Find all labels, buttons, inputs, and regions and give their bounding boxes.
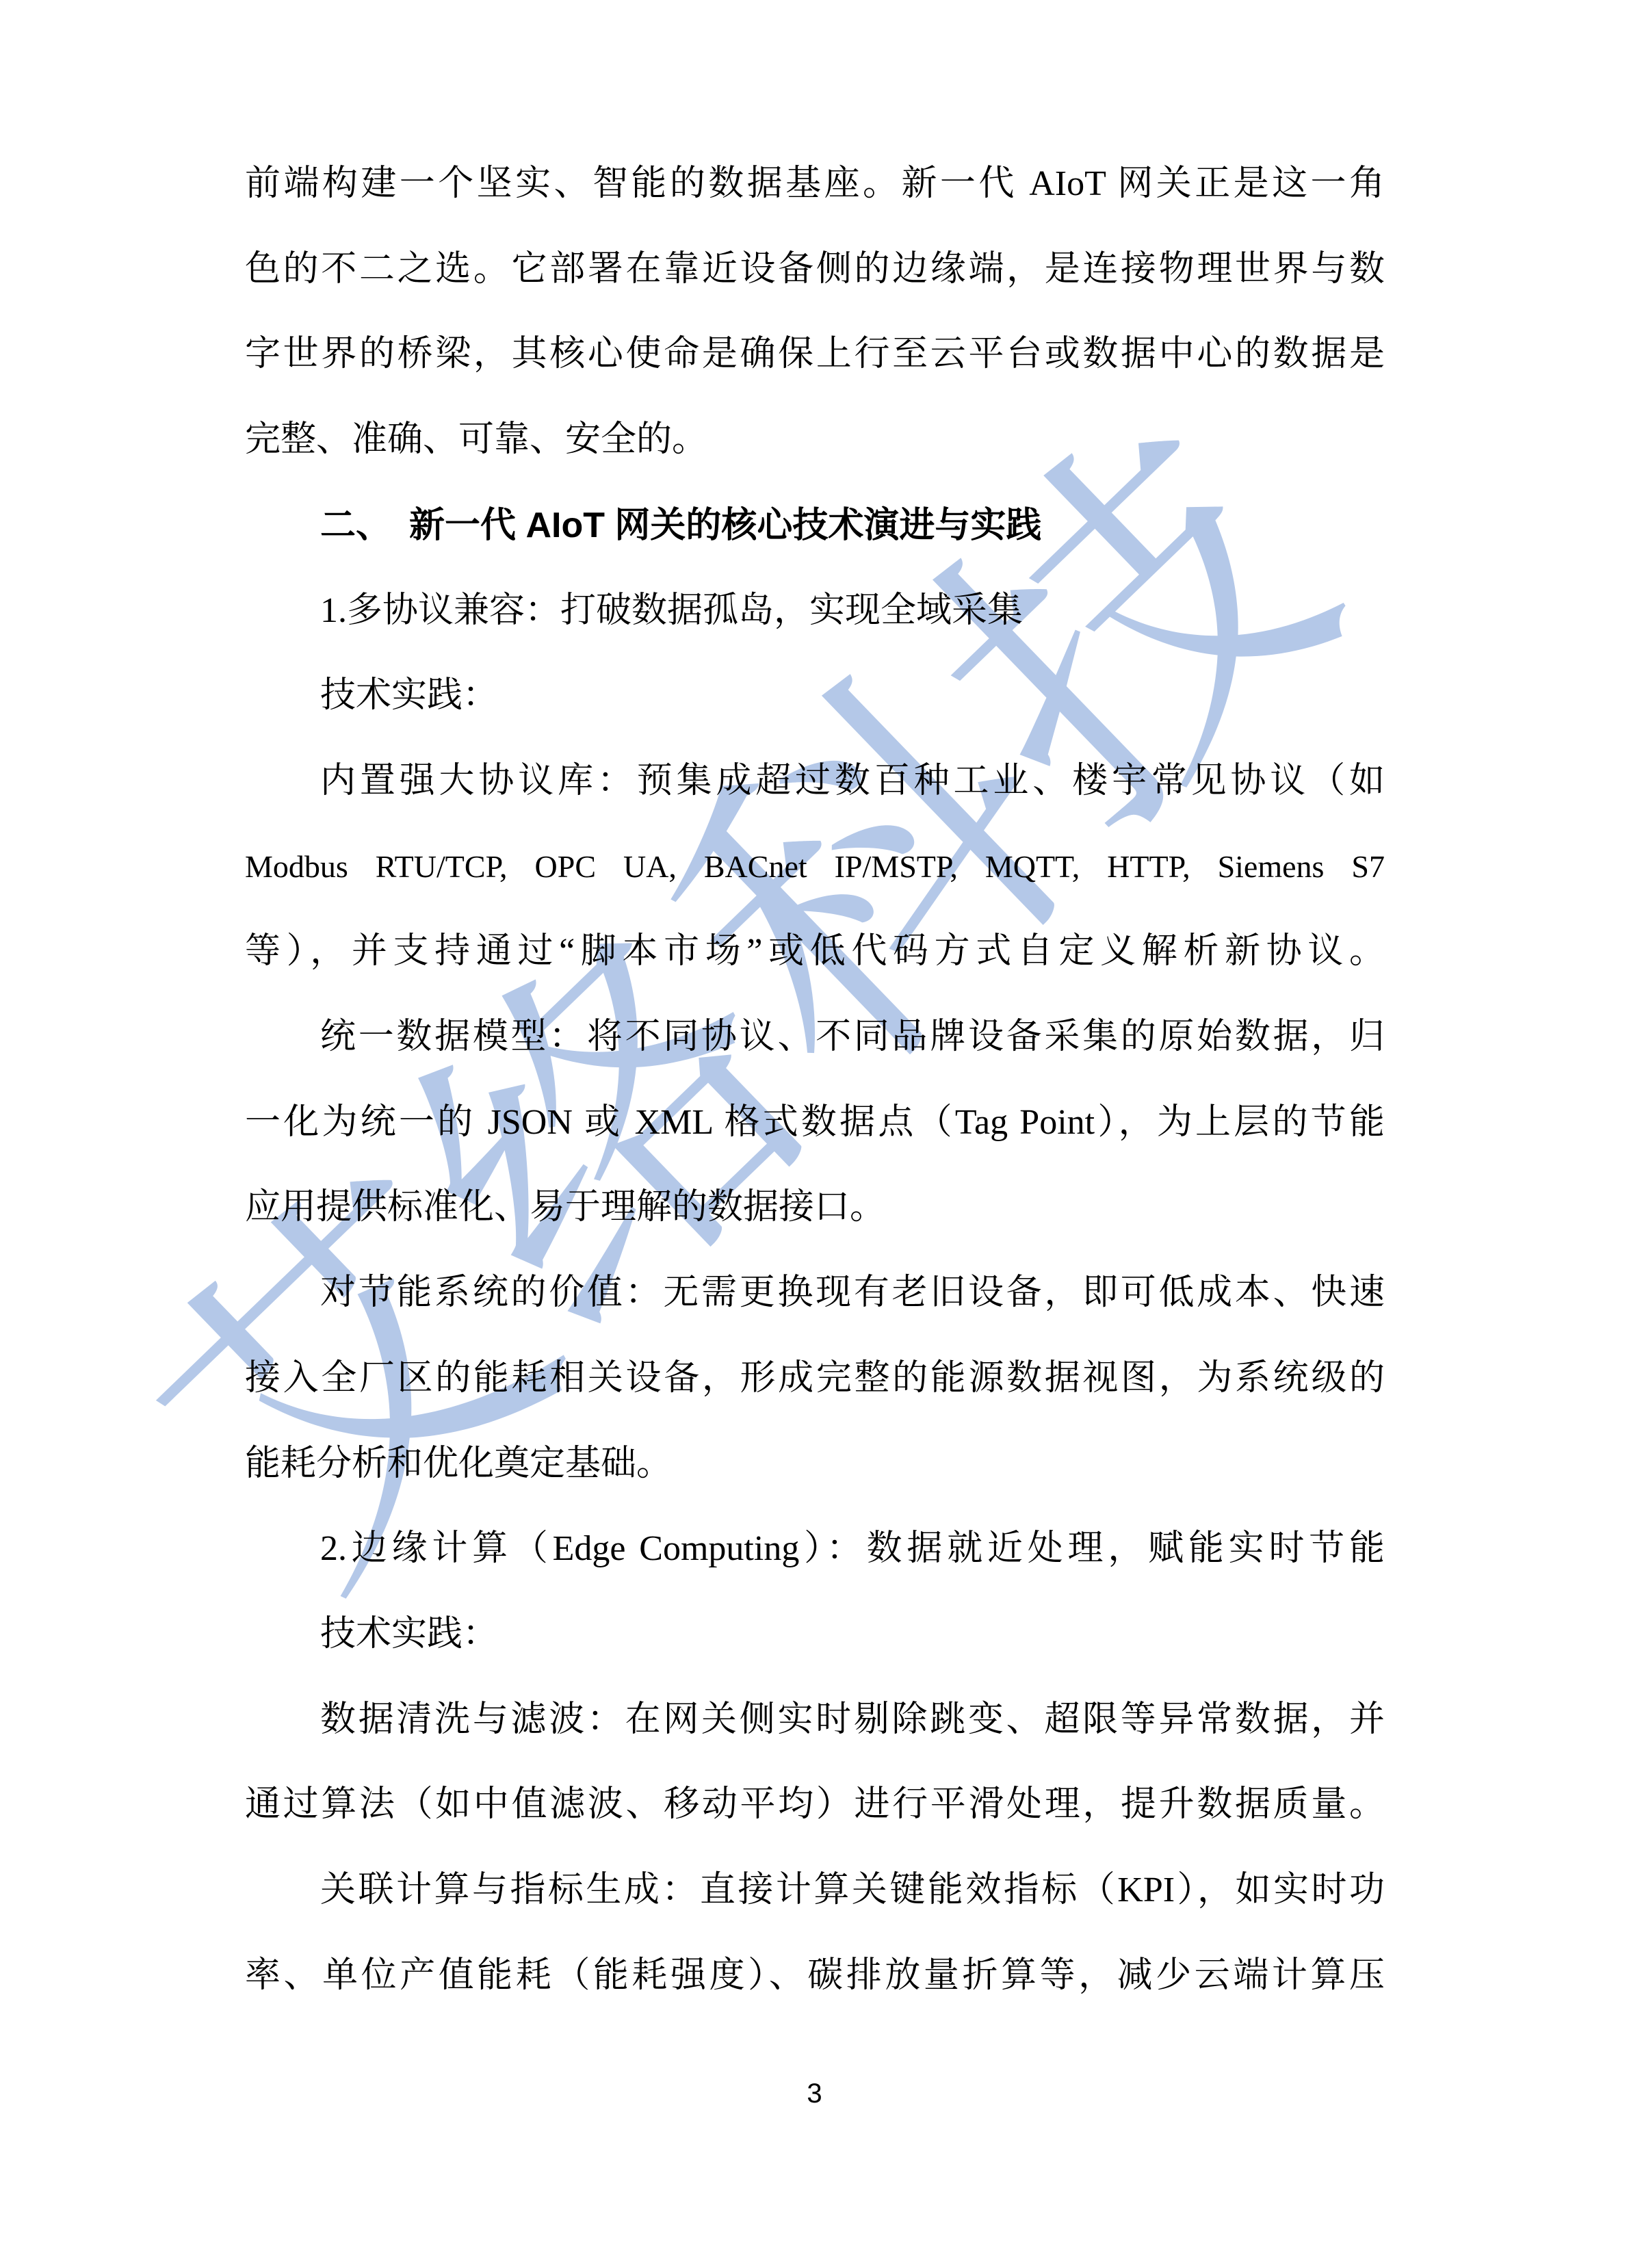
text-line: 完整、准确、可靠、安全的。 [245, 397, 1385, 483]
text-line: 数据清洗与滤波：在网关侧实时剔除跳变、超限等异常数据，并 [245, 1678, 1385, 1763]
text-line: 关联计算与指标生成：直接计算关键能效指标（KPI），如实时功 [245, 1848, 1385, 1933]
text-line: 2.边缘计算（Edge Computing）：数据就近处理，赋能实时节能 [245, 1507, 1385, 1592]
section-heading: 二、 新一代 AIoT 网关的核心技术演进与实践 [245, 483, 1385, 569]
text-line: 技术实践： [245, 653, 1385, 739]
text-line: 色的不二之选。它部署在靠近设备侧的边缘端，是连接物理世界与数 [245, 227, 1385, 313]
text-line: 等），并支持通过“脚本市场”或低代码方式自定义解析新协议。 [245, 909, 1385, 995]
text-line: 字世界的桥梁，其核心使命是确保上行至云平台或数据中心的数据是 [245, 312, 1385, 397]
text-line: 技术实践： [245, 1592, 1385, 1678]
text-line: 前端构建一个坚实、智能的数据基座。新一代 AIoT 网关正是这一角 [245, 142, 1385, 227]
text-line: 通过算法（如中值滤波、移动平均）进行平滑处理，提升数据质量。 [245, 1762, 1385, 1848]
text-line: Modbus RTU/TCP, OPC UA, BACnet IP/MSTP, … [245, 824, 1385, 910]
text-line: 对节能系统的价值：无需更换现有老旧设备，即可低成本、快速 [245, 1251, 1385, 1336]
text-line: 1.多协议兼容：打破数据孤岛，实现全域采集 [245, 569, 1385, 654]
text-line: 率、单位产值能耗（能耗强度）、碳排放量折算等，减少云端计算压 [245, 1933, 1385, 2019]
text-line: 能耗分析和优化奠定基础。 [245, 1422, 1385, 1507]
text-line: 一化为统一的 JSON 或 XML 格式数据点（Tag Point），为上层的节… [245, 1080, 1385, 1166]
document-body: 前端构建一个坚实、智能的数据基座。新一代 AIoT 网关正是这一角 色的不二之选… [245, 142, 1385, 2018]
text-line: 统一数据模型：将不同协议、不同品牌设备采集的原始数据，归 [245, 995, 1385, 1080]
text-line: 接入全厂区的能耗相关设备，形成完整的能源数据视图，为系统级的 [245, 1336, 1385, 1422]
text-line: 应用提供标准化、易于理解的数据接口。 [245, 1165, 1385, 1251]
text-line: 内置强大协议库：预集成超过数百种工业、楼宇常见协议（如 [245, 739, 1385, 824]
document-page: 艾络科技 前端构建一个坚实、智能的数据基座。新一代 AIoT 网关正是这一角 色… [0, 0, 1629, 2268]
page-number: 3 [0, 2078, 1629, 2109]
